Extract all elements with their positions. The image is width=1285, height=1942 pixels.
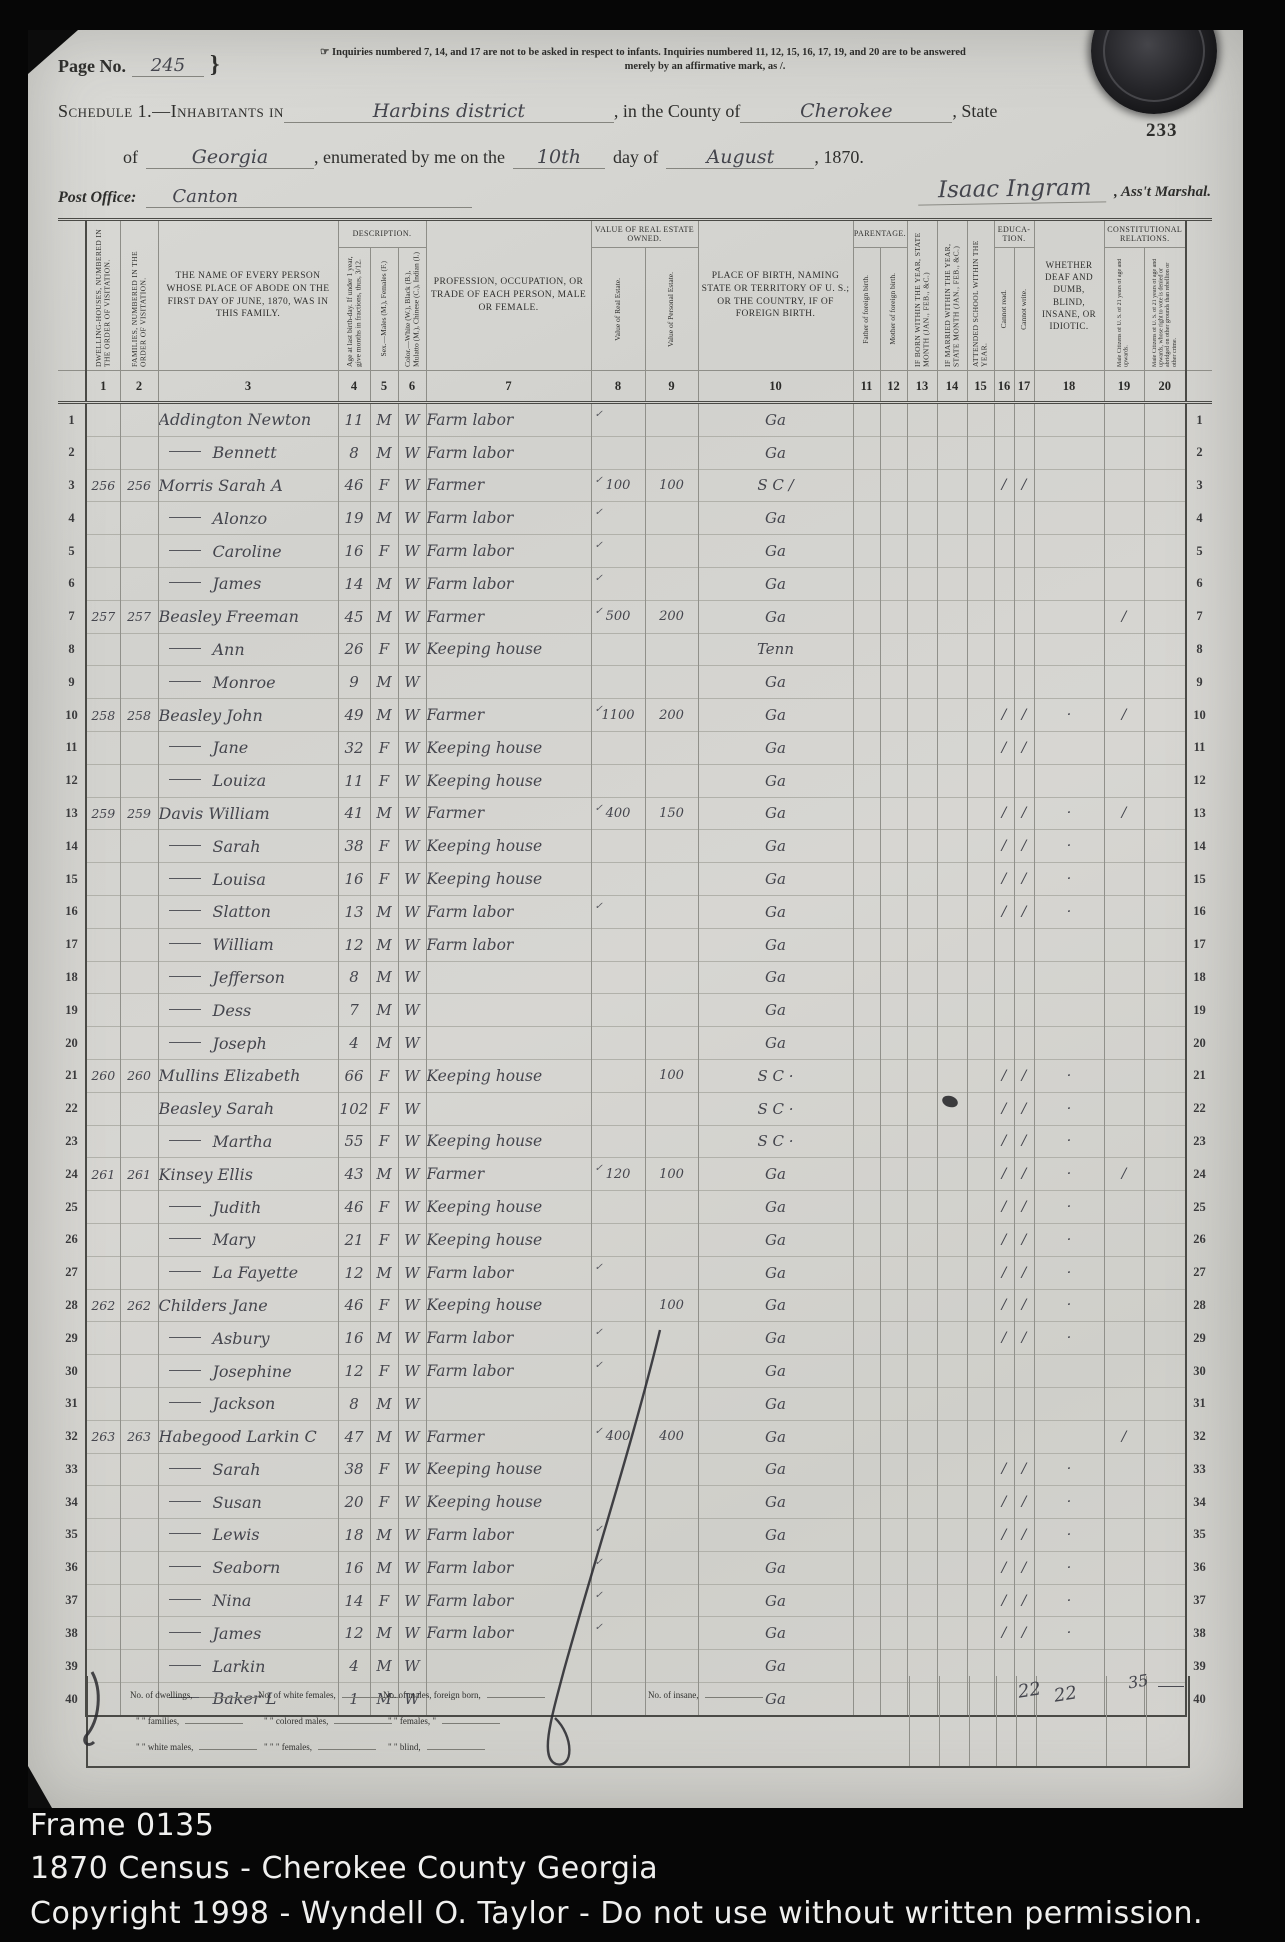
- married-month-mark: [937, 600, 967, 633]
- cannot-write-mark: /: [1014, 1289, 1034, 1322]
- male-citizen-mark: [1104, 764, 1144, 797]
- family-number: [120, 1519, 158, 1552]
- sex: F: [370, 1223, 398, 1256]
- father-foreign-mark: [853, 469, 880, 502]
- mother-foreign-mark: [880, 1092, 907, 1125]
- ditto-mark: [169, 1599, 201, 1600]
- column-number: 7: [426, 371, 591, 403]
- census-row: 10258258Beasley John49MWFarmer✓1100200Ga…: [58, 699, 1212, 732]
- born-month-mark: [907, 797, 937, 830]
- personal-estate-value: 100: [645, 1158, 698, 1191]
- column-number: 13: [907, 371, 937, 403]
- col-born-month-header-text: If born within the year, state month (Ja…: [914, 225, 931, 367]
- color: W: [398, 403, 426, 437]
- color: W: [398, 1617, 426, 1650]
- color: W: [398, 502, 426, 535]
- birthplace: Ga: [698, 1519, 853, 1552]
- married-month-mark: [937, 1256, 967, 1289]
- born-month-mark: [907, 1256, 937, 1289]
- person-name: Beasley John: [158, 699, 338, 732]
- state-suffix: , State: [952, 101, 997, 122]
- male-citizen-mark: /: [1104, 1158, 1144, 1191]
- cannot-read-mark: /: [994, 699, 1014, 732]
- dwelling-number: [86, 731, 120, 764]
- father-foreign-mark: [853, 1191, 880, 1224]
- sex: M: [370, 895, 398, 928]
- row-number-right: 30: [1186, 1355, 1212, 1388]
- row-number-right: 33: [1186, 1453, 1212, 1486]
- male-citizen-mark: [1104, 666, 1144, 699]
- row-number-left: 5: [58, 535, 86, 568]
- birthplace: Ga: [698, 731, 853, 764]
- male-citizen-mark: [1104, 502, 1144, 535]
- cannot-write-mark: [1014, 1355, 1034, 1388]
- occupation: Farmer: [426, 797, 591, 830]
- birthplace: Ga: [698, 863, 853, 896]
- check-mark: ✓: [595, 1262, 603, 1273]
- person-name: James: [158, 1617, 338, 1650]
- row-number-right: 20: [1186, 1027, 1212, 1060]
- age: 38: [338, 1453, 370, 1486]
- cannot-write-mark: /: [1014, 1519, 1034, 1552]
- mother-foreign-mark: [880, 1486, 907, 1519]
- occupation: Farmer: [426, 1158, 591, 1191]
- father-foreign-mark: [853, 1223, 880, 1256]
- personal-estate-value: 200: [645, 600, 698, 633]
- person-name: Monroe: [158, 666, 338, 699]
- person-name: Dess: [158, 994, 338, 1027]
- male-citizen-mark: /: [1104, 600, 1144, 633]
- vote-denied-mark: [1144, 1322, 1186, 1355]
- color: W: [398, 1191, 426, 1224]
- tally-blank-line: [185, 1714, 243, 1724]
- row-number-right: 19: [1186, 994, 1212, 1027]
- color: W: [398, 1289, 426, 1322]
- sex: M: [370, 994, 398, 1027]
- color: W: [398, 1486, 426, 1519]
- vote-denied-mark: [1144, 994, 1186, 1027]
- person-name: Louisa: [158, 863, 338, 896]
- row-number-left: 22: [58, 1092, 86, 1125]
- age: 14: [338, 1584, 370, 1617]
- family-number: [120, 764, 158, 797]
- cannot-read-mark: /: [994, 1059, 1014, 1092]
- deaf-dumb-mark: ·: [1034, 830, 1104, 863]
- person-name: Beasley Freeman: [158, 600, 338, 633]
- group-education: Educa- tion.: [994, 220, 1034, 248]
- row-number-left: 25: [58, 1191, 86, 1224]
- county-value: Cherokee: [740, 100, 952, 123]
- mother-foreign-mark: [880, 1387, 907, 1420]
- birthplace: Ga: [698, 535, 853, 568]
- person-name: Alonzo: [158, 502, 338, 535]
- married-month-mark: [937, 1059, 967, 1092]
- father-foreign-mark: [853, 1322, 880, 1355]
- row-number-right: 16: [1186, 895, 1212, 928]
- male-citizen-mark: [1104, 1289, 1144, 1322]
- male-citizen-mark: [1104, 1486, 1144, 1519]
- mother-foreign-mark: [880, 1617, 907, 1650]
- person-name: Seaborn: [158, 1551, 338, 1584]
- vote-denied-mark: [1144, 1191, 1186, 1224]
- col-father-foreign-header-text: Father of foreign birth.: [862, 275, 870, 344]
- col-married-month-header-text: If married within the year, state month …: [944, 225, 961, 367]
- age: 12: [338, 1256, 370, 1289]
- father-foreign-mark: [853, 928, 880, 961]
- attended-school-mark: [967, 764, 994, 797]
- census-row: 7257257Beasley Freeman45MWFarmer✓500200G…: [58, 600, 1212, 633]
- dwelling-number: 260: [86, 1059, 120, 1092]
- personal-estate-value: [645, 1584, 698, 1617]
- father-foreign-mark: [853, 666, 880, 699]
- col-married-month-header: If married within the year, state month …: [937, 220, 967, 371]
- sex: F: [370, 764, 398, 797]
- dwelling-number: [86, 502, 120, 535]
- column-number: 2: [120, 371, 158, 403]
- personal-estate-value: [645, 764, 698, 797]
- color: W: [398, 1453, 426, 1486]
- col-cannot-write-header: Cannot write.: [1014, 248, 1034, 371]
- mother-foreign-mark: [880, 994, 907, 1027]
- tally-cannot-write-value: 22: [1052, 1682, 1078, 1706]
- family-number: [120, 895, 158, 928]
- age: 16: [338, 535, 370, 568]
- male-citizen-mark: [1104, 731, 1144, 764]
- born-month-mark: [907, 1519, 937, 1552]
- family-number: [120, 1223, 158, 1256]
- mother-foreign-mark: [880, 1223, 907, 1256]
- tally-blank-line: [199, 1740, 257, 1750]
- born-month-mark: [907, 1387, 937, 1420]
- color: W: [398, 1322, 426, 1355]
- color: W: [398, 666, 426, 699]
- real-estate-value: [591, 1289, 645, 1322]
- sex: M: [370, 1027, 398, 1060]
- row-number-right: 14: [1186, 830, 1212, 863]
- age: 16: [338, 1551, 370, 1584]
- birthplace: Ga: [698, 994, 853, 1027]
- row-number-left: 18: [58, 961, 86, 994]
- row-number-right: 1: [1186, 403, 1212, 437]
- married-month-mark: [937, 1125, 967, 1158]
- col-mother-foreign-header: Mother of foreign birth.: [880, 248, 907, 371]
- row-number-left: 30: [58, 1355, 86, 1388]
- father-foreign-mark: [853, 1289, 880, 1322]
- col-deaf-dumb-header-text: Whether deaf and dumb, blind, insane, or…: [1035, 257, 1104, 334]
- row-number-left: 28: [58, 1289, 86, 1322]
- ditto-mark: [169, 1402, 201, 1403]
- column-number: 15: [967, 371, 994, 403]
- birthplace: Ga: [698, 502, 853, 535]
- male-citizen-mark: [1104, 863, 1144, 896]
- father-foreign-mark: [853, 1059, 880, 1092]
- mother-foreign-mark: [880, 797, 907, 830]
- vote-denied-mark: [1144, 633, 1186, 666]
- deaf-dumb-mark: ·: [1034, 1191, 1104, 1224]
- person-name: Mullins Elizabeth: [158, 1059, 338, 1092]
- age: 16: [338, 863, 370, 896]
- census-table-header: Dwelling-houses, numbered in the order o…: [58, 220, 1212, 403]
- father-foreign-mark: [853, 502, 880, 535]
- person-name: Josephine: [158, 1355, 338, 1388]
- attended-school-mark: [967, 699, 994, 732]
- row-number-left: 21: [58, 1059, 86, 1092]
- family-number: [120, 1125, 158, 1158]
- married-month-mark: [937, 1584, 967, 1617]
- person-name: Mary: [158, 1223, 338, 1256]
- father-foreign-mark: [853, 1256, 880, 1289]
- father-foreign-mark: [853, 1125, 880, 1158]
- deaf-dumb-mark: ·: [1034, 1125, 1104, 1158]
- real-estate-value: ✓: [591, 1617, 645, 1650]
- cannot-read-mark: /: [994, 1256, 1014, 1289]
- birthplace: Ga: [698, 764, 853, 797]
- deaf-dumb-mark: [1034, 567, 1104, 600]
- cannot-read-mark: [994, 666, 1014, 699]
- census-row: 4Alonzo19MWFarm labor✓Ga4: [58, 502, 1212, 535]
- mother-foreign-mark: [880, 1322, 907, 1355]
- column-number: 8: [591, 371, 645, 403]
- cannot-write-mark: /: [1014, 797, 1034, 830]
- cannot-read-mark: [994, 436, 1014, 469]
- family-number: [120, 1453, 158, 1486]
- dwelling-number: 263: [86, 1420, 120, 1453]
- born-month-mark: [907, 1453, 937, 1486]
- color: W: [398, 535, 426, 568]
- cannot-read-mark: /: [994, 797, 1014, 830]
- row-number-left: 3: [58, 469, 86, 502]
- mother-foreign-mark: [880, 1519, 907, 1552]
- col-family-header-text: Families, numbered in the order of visit…: [131, 225, 148, 367]
- father-foreign-mark: [853, 830, 880, 863]
- occupation: Farm labor: [426, 1551, 591, 1584]
- birthplace: Ga: [698, 436, 853, 469]
- row-number-left: 35: [58, 1519, 86, 1552]
- color: W: [398, 928, 426, 961]
- father-foreign-mark: [853, 1387, 880, 1420]
- deaf-dumb-mark: ·: [1034, 1289, 1104, 1322]
- real-estate-value: [591, 633, 645, 666]
- personal-estate-value: [645, 1617, 698, 1650]
- row-number-left: 27: [58, 1256, 86, 1289]
- cannot-write-mark: /: [1014, 830, 1034, 863]
- occupation: [426, 1027, 591, 1060]
- father-foreign-mark: [853, 1584, 880, 1617]
- color: W: [398, 1387, 426, 1420]
- dwelling-number: [86, 895, 120, 928]
- married-month-mark: [937, 1420, 967, 1453]
- deaf-dumb-mark: ·: [1034, 1223, 1104, 1256]
- ditto-mark: [169, 1370, 201, 1371]
- sex: F: [370, 1355, 398, 1388]
- attended-school-mark: [967, 994, 994, 1027]
- census-row: 23Martha55FWKeeping houseS C ·//·23: [58, 1125, 1212, 1158]
- born-month-mark: [907, 633, 937, 666]
- column-number: 1: [86, 371, 120, 403]
- row-number-left: 29: [58, 1322, 86, 1355]
- family-number: [120, 863, 158, 896]
- ditto-mark: [169, 779, 201, 780]
- dwelling-number: 258: [86, 699, 120, 732]
- family-number: [120, 731, 158, 764]
- family-number: 261: [120, 1158, 158, 1191]
- color: W: [398, 961, 426, 994]
- ditto-mark: [169, 943, 201, 944]
- row-number-left: 10: [58, 699, 86, 732]
- col-occupation-header-text: Profession, Occupation, or Trade of each…: [427, 274, 591, 316]
- col-occupation-header: Profession, Occupation, or Trade of each…: [426, 220, 591, 371]
- birthplace: Ga: [698, 797, 853, 830]
- occupation: Farm labor: [426, 1519, 591, 1552]
- inquiries-note-line1: ☞ Inquiries numbered 7, 14, and 17 are n…: [320, 47, 966, 58]
- born-month-mark: [907, 1551, 937, 1584]
- age: 19: [338, 502, 370, 535]
- age: 49: [338, 699, 370, 732]
- cannot-write-mark: /: [1014, 1191, 1034, 1224]
- tally-right-value: 35: [1127, 1671, 1150, 1693]
- color: W: [398, 1519, 426, 1552]
- row-number-right: 17: [1186, 928, 1212, 961]
- real-estate-value: ✓100: [591, 469, 645, 502]
- check-mark: ✓: [595, 573, 603, 584]
- real-estate-value: ✓: [591, 895, 645, 928]
- marshal-signature-block: Isaac Ingram , Ass't Marshal.: [918, 176, 1211, 204]
- person-name: Lewis: [158, 1519, 338, 1552]
- left-gutter-number-cell: [58, 371, 86, 403]
- row-number-left: 24: [58, 1158, 86, 1191]
- month-value: August: [666, 146, 814, 169]
- real-estate-value: [591, 1125, 645, 1158]
- family-number: [120, 1322, 158, 1355]
- family-number: [120, 403, 158, 437]
- col-dwelling-header-text: Dwelling-houses, numbered in the order o…: [95, 225, 112, 367]
- father-foreign-mark: [853, 863, 880, 896]
- color: W: [398, 1125, 426, 1158]
- color: W: [398, 567, 426, 600]
- census-row: 3256256Morris Sarah A46FWFarmer✓100100S …: [58, 469, 1212, 502]
- family-number: 257: [120, 600, 158, 633]
- attended-school-mark: [967, 1551, 994, 1584]
- age: 43: [338, 1158, 370, 1191]
- person-name: Habegood Larkin C: [158, 1420, 338, 1453]
- census-row: 1Addington Newton11MWFarm labor✓Ga1: [58, 403, 1212, 437]
- real-estate-value: ✓1100: [591, 699, 645, 732]
- mother-foreign-mark: [880, 1453, 907, 1486]
- census-row: 14Sarah38FWKeeping houseGa//·14: [58, 830, 1212, 863]
- deaf-dumb-mark: ·: [1034, 1059, 1104, 1092]
- person-name: William: [158, 928, 338, 961]
- born-month-mark: [907, 1584, 937, 1617]
- col-attended-school-header: Attended school within the year.: [967, 220, 994, 371]
- row-number-right: 25: [1186, 1191, 1212, 1224]
- mother-foreign-mark: [880, 1584, 907, 1617]
- color: W: [398, 1584, 426, 1617]
- occupation: Keeping house: [426, 1125, 591, 1158]
- day-value: 10th: [513, 146, 605, 169]
- born-month-mark: [907, 469, 937, 502]
- check-mark: ✓: [595, 475, 603, 486]
- dwelling-number: [86, 994, 120, 1027]
- birthplace: Ga: [698, 567, 853, 600]
- person-name: Martha: [158, 1125, 338, 1158]
- birthplace: Ga: [698, 1584, 853, 1617]
- vote-denied-mark: [1144, 535, 1186, 568]
- row-number-left: 9: [58, 666, 86, 699]
- person-name: Jackson: [158, 1387, 338, 1420]
- married-month-mark: [937, 764, 967, 797]
- cannot-read-mark: /: [994, 1289, 1014, 1322]
- born-month-mark: [907, 764, 937, 797]
- vote-denied-mark: [1144, 1125, 1186, 1158]
- attended-school-mark: [967, 1027, 994, 1060]
- color: W: [398, 633, 426, 666]
- row-number-right: 8: [1186, 633, 1212, 666]
- row-number-left: 6: [58, 567, 86, 600]
- real-estate-value: [591, 928, 645, 961]
- check-mark: ✓: [595, 507, 603, 518]
- ditto-mark: [169, 1533, 201, 1534]
- row-number-left: 7: [58, 600, 86, 633]
- vote-denied-mark: [1144, 699, 1186, 732]
- birthplace: S C /: [698, 469, 853, 502]
- personal-estate-value: [645, 961, 698, 994]
- cannot-write-mark: /: [1014, 1486, 1034, 1519]
- cannot-read-mark: /: [994, 1125, 1014, 1158]
- cannot-read-mark: [994, 1355, 1014, 1388]
- totals-column-rule: [909, 1676, 910, 1766]
- dwelling-number: [86, 1387, 120, 1420]
- attended-school-mark: [967, 1158, 994, 1191]
- born-month-mark: [907, 1223, 937, 1256]
- mother-foreign-mark: [880, 1027, 907, 1060]
- page-number-block: Page No. 245 }: [58, 50, 219, 77]
- row-number-right: 10: [1186, 699, 1212, 732]
- vote-denied-mark: [1144, 830, 1186, 863]
- row-number-left: 12: [58, 764, 86, 797]
- census-row: 5Caroline16FWFarm labor✓Ga5: [58, 535, 1212, 568]
- born-month-mark: [907, 567, 937, 600]
- sex: M: [370, 567, 398, 600]
- occupation: Farm labor: [426, 1617, 591, 1650]
- person-name: Asbury: [158, 1322, 338, 1355]
- family-number: [120, 666, 158, 699]
- family-number: [120, 1584, 158, 1617]
- sex: M: [370, 1387, 398, 1420]
- real-estate-value: [591, 1092, 645, 1125]
- father-foreign-mark: [853, 1158, 880, 1191]
- age: 4: [338, 1027, 370, 1060]
- color: W: [398, 1551, 426, 1584]
- personal-estate-value: [645, 1191, 698, 1224]
- deaf-dumb-mark: [1034, 961, 1104, 994]
- row-number-left: 36: [58, 1551, 86, 1584]
- row-number-right: 11: [1186, 731, 1212, 764]
- occupation: [426, 666, 591, 699]
- column-number: 5: [370, 371, 398, 403]
- age: 9: [338, 666, 370, 699]
- color: W: [398, 1355, 426, 1388]
- male-citizen-mark: [1104, 535, 1144, 568]
- row-number-left: 17: [58, 928, 86, 961]
- census-row: 9Monroe9MWGa9: [58, 666, 1212, 699]
- family-number: 259: [120, 797, 158, 830]
- photograph-background: Page No. 245 } ☞ Inquiries numbered 7, 1…: [0, 0, 1285, 1942]
- father-foreign-mark: [853, 633, 880, 666]
- family-number: [120, 535, 158, 568]
- male-citizen-mark: [1104, 1322, 1144, 1355]
- census-row: 36Seaborn16MWFarm labor✓Ga//·36: [58, 1551, 1212, 1584]
- vote-denied-mark: [1144, 1486, 1186, 1519]
